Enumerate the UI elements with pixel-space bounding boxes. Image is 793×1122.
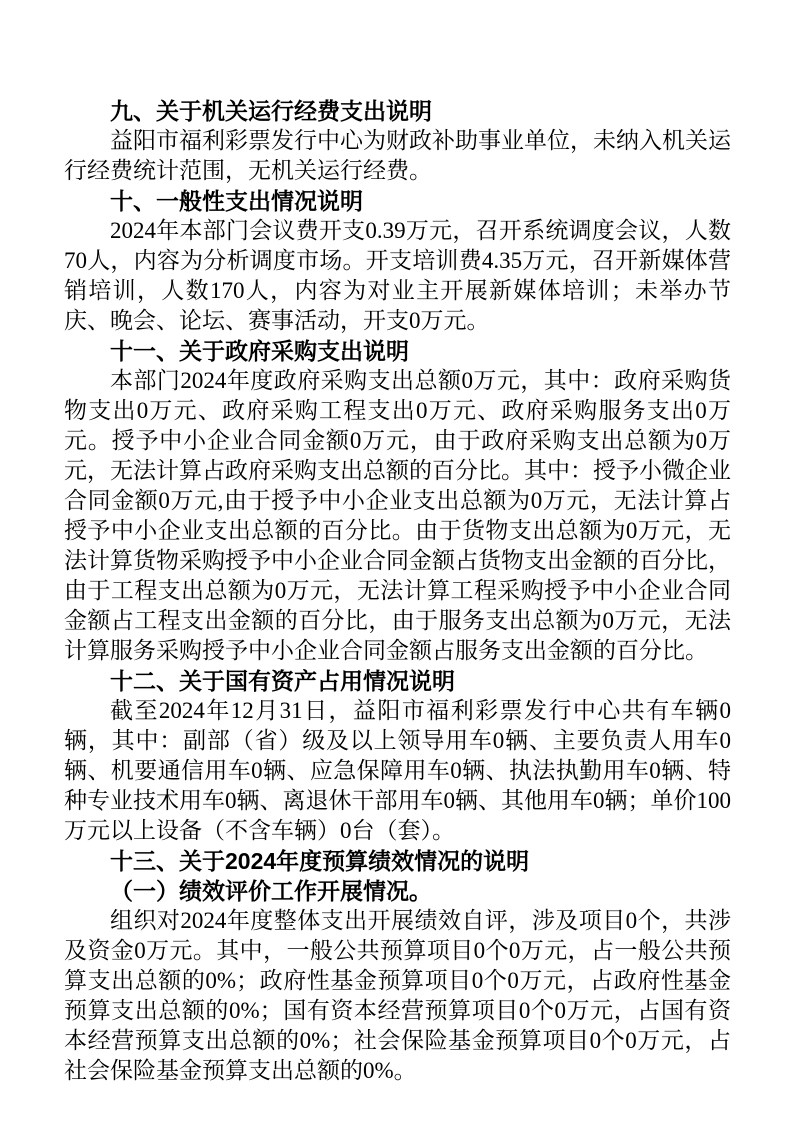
section-9-paragraph: 益阳市福利彩票发行中心为财政补助事业单位，未纳入机关运行经费统计范围，无机关运行…	[64, 126, 731, 186]
section-11-paragraph: 本部门2024年度政府采购支出总额0万元，其中：政府采购货物支出0万元、政府采购…	[64, 366, 731, 666]
section-12-paragraph: 截至2024年12月31日，益阳市福利彩票发行中心共有车辆0辆，其中：副部（省）…	[64, 696, 731, 846]
document-content: 九、关于机关运行经费支出说明 益阳市福利彩票发行中心为财政补助事业单位，未纳入机…	[64, 96, 731, 1086]
section-10-paragraph: 2024年本部门会议费开支0.39万元，召开系统调度会议，人数70人，内容为分析…	[64, 216, 731, 336]
section-heading-12: 十二、关于国有资产占用情况说明	[64, 666, 731, 696]
section-heading-9: 九、关于机关运行经费支出说明	[64, 96, 731, 126]
section-heading-11: 十一、关于政府采购支出说明	[64, 336, 731, 366]
section-heading-10: 十、一般性支出情况说明	[64, 186, 731, 216]
section-13-paragraph: 组织对2024年度整体支出开展绩效自评，涉及项目0个，共涉及资金0万元。其中，一…	[64, 906, 731, 1086]
section-13-subheading-1: （一）绩效评价工作开展情况。	[64, 876, 731, 906]
document-page: 九、关于机关运行经费支出说明 益阳市福利彩票发行中心为财政补助事业单位，未纳入机…	[0, 0, 793, 1122]
section-heading-13: 十三、关于2024年度预算绩效情况的说明	[64, 846, 731, 876]
